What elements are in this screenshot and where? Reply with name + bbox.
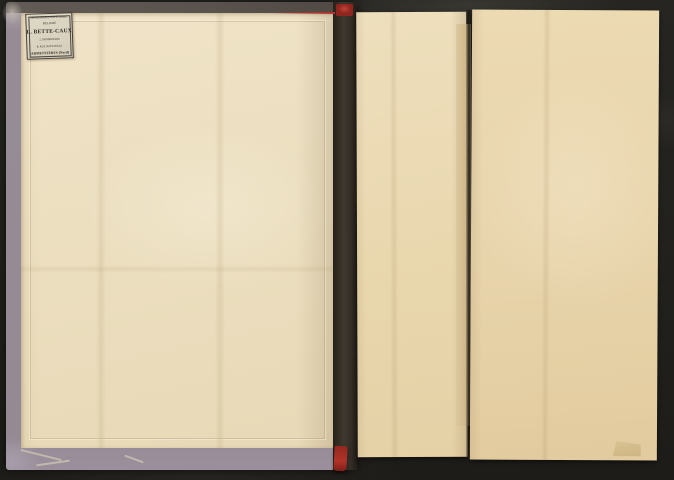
frayed-cloth-corner (1, 0, 29, 32)
label-trade-line-2: RELIURE (42, 22, 56, 26)
paper-crease (389, 12, 399, 457)
label-address-line-2: & RUE NATIONALE (37, 45, 63, 49)
turn-in-ridge (30, 21, 325, 439)
label-address-line-1: 2, PROMENADE (39, 38, 60, 42)
pastedown-paper (21, 13, 334, 448)
binder-label: IMPRIMERIE-PAPETERIE RELIURE L. BETTE-CA… (25, 12, 74, 60)
folded-corner (613, 441, 641, 456)
binder-label-frame: IMPRIMERIE-PAPETERIE RELIURE L. BETTE-CA… (28, 15, 71, 57)
label-city: ARMENTIÈRES (Nord) (31, 51, 69, 57)
paper-crease (215, 13, 225, 448)
red-bookmark-ribbon (333, 446, 347, 472)
red-headband (336, 4, 353, 16)
paper-crease (96, 13, 106, 448)
inside-front-cover: IMPRIMERIE-PAPETERIE RELIURE L. BETTE-CA… (6, 2, 357, 470)
paper-crease (21, 265, 334, 273)
red-page-edge-line (269, 12, 335, 14)
spine-gutter-strip (333, 2, 357, 470)
paper-crease (541, 10, 551, 460)
scanner-background: IMPRIMERIE-PAPETERIE RELIURE L. BETTE-CA… (0, 0, 674, 480)
frayed-thread (124, 455, 143, 464)
flyleaf-page-right (470, 10, 659, 461)
label-binder-name: L. BETTE-CAUX (27, 28, 73, 37)
frayed-thread (36, 460, 70, 467)
flyleaf-page-left (356, 12, 468, 457)
frayed-thread (20, 449, 61, 461)
label-trade-line-1: IMPRIMERIE-PAPETERIE (31, 15, 68, 20)
